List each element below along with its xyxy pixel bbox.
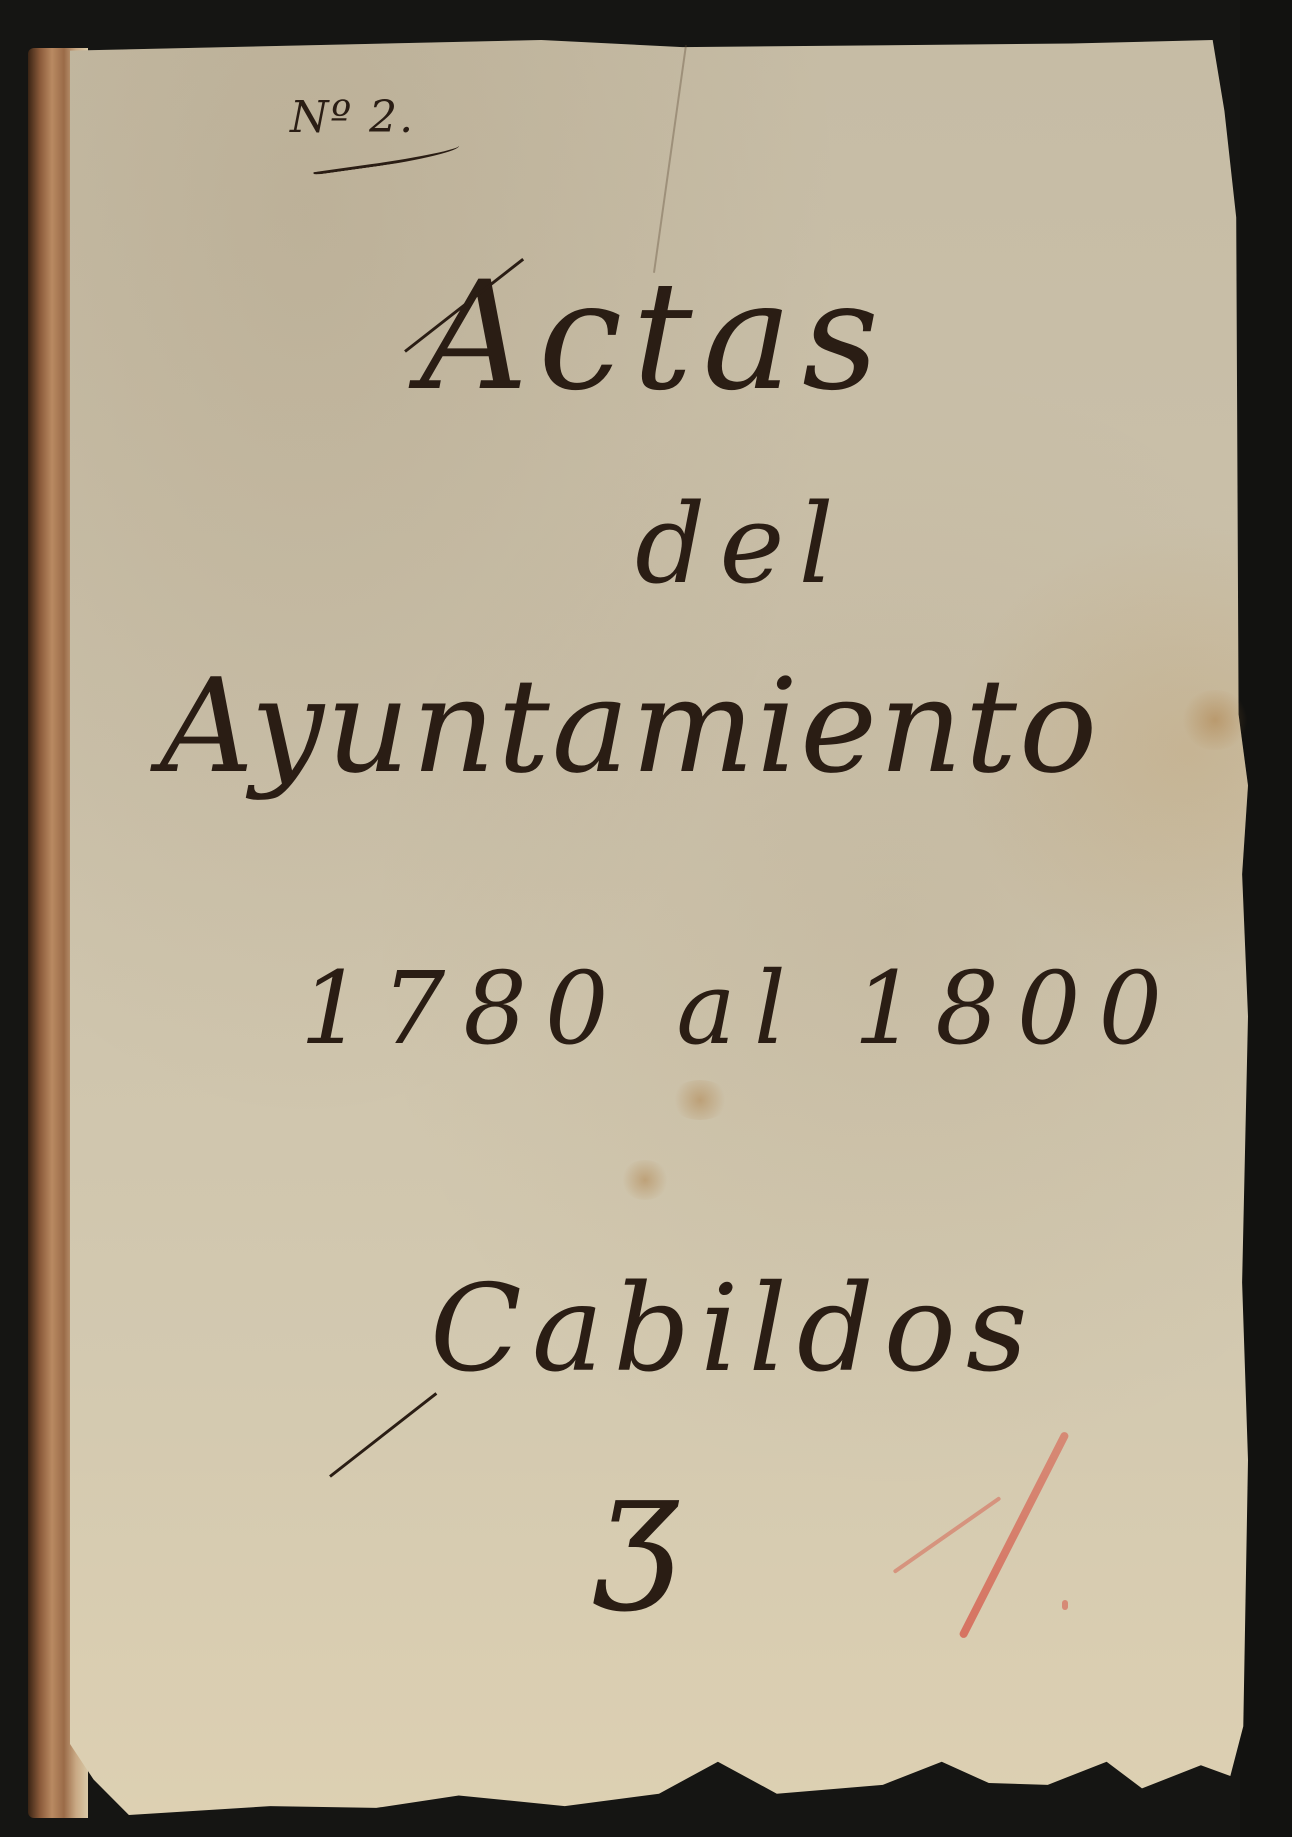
red-pencil-dot <box>1062 1600 1068 1610</box>
flourish-mark: ʒ <box>595 1440 680 1614</box>
foxing-stain <box>670 1080 730 1120</box>
title-cabildos: Cabildos <box>430 1260 1038 1399</box>
title-del: del <box>635 480 848 608</box>
title-date-range: 1780 al 1800 <box>300 950 1180 1067</box>
title-actas: Actas <box>420 250 889 424</box>
foxing-stain <box>620 1160 670 1200</box>
title-ayuntamiento: Ayuntamiento <box>160 650 1099 802</box>
foxing-stain <box>1180 690 1250 750</box>
dark-backdrop <box>1240 0 1292 1837</box>
reference-number: Nº 2. <box>290 92 415 143</box>
